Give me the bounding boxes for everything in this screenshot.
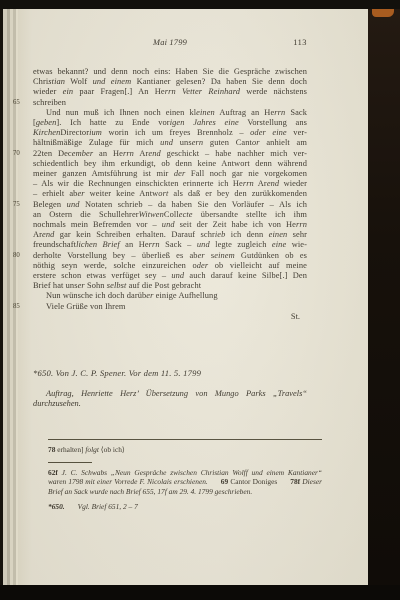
letter-summary-line: Auftrag, Henriette Herz’ Übersetzung von… [33, 389, 307, 399]
page-header: Mai 1799 113 [33, 9, 307, 50]
letter-line: 65schreiben [33, 98, 307, 108]
running-title: Mai 1799 [33, 38, 307, 47]
letter-line: 75Belegen und Notaten schrieb – da haben… [33, 200, 307, 210]
photo-frame-right [368, 9, 400, 585]
line-number: 75 [13, 200, 20, 210]
footnote-line: Brief an Sack wurde nach Brief 655, 17f … [48, 487, 322, 497]
footnote-line: waren 1798 mit einer Vorrede F. Nicolais… [48, 477, 322, 487]
letter-line: KirchenDirectorium worin ich um freyes B… [33, 128, 307, 138]
book-cover-sliver [372, 9, 394, 17]
letter-line: – Als wir die Rechnungen einschickten er… [33, 179, 307, 189]
apparatus-rule [48, 439, 322, 440]
letter-line: meiner ganzen Amtsführung ist mir der Fa… [33, 169, 307, 179]
letter-signoff: St. [33, 312, 307, 322]
reference-note: *650.Vgl. Brief 651, 2 – 7 [48, 502, 322, 512]
book-page: Mai 1799 113 etwas bekannt? und denn noc… [18, 9, 368, 585]
letter-line: Und nun muß ich Ihnen noch einen kleinen… [33, 108, 307, 118]
letter-line: freundschaftlichen Brief an Herrn Sack –… [33, 240, 307, 250]
letter-line: hältnißmäßige Zulage für mich und unsern… [33, 138, 307, 148]
letter-line: – erhielt aber weiter keine Antwort als … [33, 189, 307, 199]
book-photo: Mai 1799 113 etwas bekannt? und denn noc… [0, 0, 400, 600]
footnotes: 62f J. C. Schwabs „Neun Gespräche zwisch… [48, 468, 322, 497]
letter-body: etwas bekannt? und denn noch eins: Haben… [33, 67, 307, 312]
letter-summary: Auftrag, Henriette Herz’ Übersetzung von… [33, 389, 307, 410]
letter-heading: *650. Von J. C. P. Spener. Vor dem 11. 5… [33, 368, 307, 378]
letter-line: wieder ein paar Fragen[.] An Herrn Vette… [33, 87, 307, 97]
line-number: 80 [13, 251, 20, 261]
letter-line: 80derholte Vorstellung bey – überließ es… [33, 251, 307, 261]
photo-frame-top [0, 0, 400, 9]
letter-line: nöthig seyn werde, solche einzureichen o… [33, 261, 307, 271]
page-number: 113 [293, 38, 307, 47]
page-edge-stack [0, 9, 18, 585]
letter-line: 7022ten December an Herrn Arend geschick… [33, 149, 307, 159]
variant-note: 78 erhalten] folgt ⟨ob ich⟩ [48, 445, 322, 455]
letter-line: 85Viele Grüße von Ihrem [33, 302, 307, 312]
letter-line: Brief hat unser Sohn selbst auf die Post… [33, 281, 307, 291]
letter-line: [geben]. Ich hatte zu Ende vorigen Jahre… [33, 118, 307, 128]
critical-apparatus: 78 erhalten] folgt ⟨ob ich⟩ 62f J. C. Sc… [48, 439, 322, 512]
footnote-line: 62f J. C. Schwabs „Neun Gespräche zwisch… [48, 468, 322, 478]
letter-summary-line: durchzusehen. [33, 399, 307, 409]
apparatus-rule-short [48, 462, 92, 463]
letter-line: erstere schon etwas verfüget sey – und a… [33, 271, 307, 281]
letter-line: an Ostern die SchullehrerWitwenCollecte … [33, 210, 307, 220]
letter-line: schiedentlich bey ihm erkundigt, ob denn… [33, 159, 307, 169]
line-number: 85 [13, 302, 20, 312]
line-number: 70 [13, 149, 20, 159]
line-number: 65 [13, 98, 20, 108]
letter-line: etwas bekannt? und denn noch eins: Haben… [33, 67, 307, 77]
letter-line: Nun wünsche ich doch darüber einige Aufh… [33, 291, 307, 301]
letter-line: nochmals mein Befremden vor – und seit d… [33, 220, 307, 230]
page-content: Mai 1799 113 etwas bekannt? und denn noc… [33, 9, 307, 410]
photo-frame-bottom [0, 585, 400, 600]
letter-line: Christian Wolf und einem Kantianer geles… [33, 77, 307, 87]
letter-line: Arend gar kein Schreiben erhalten. Darau… [33, 230, 307, 240]
